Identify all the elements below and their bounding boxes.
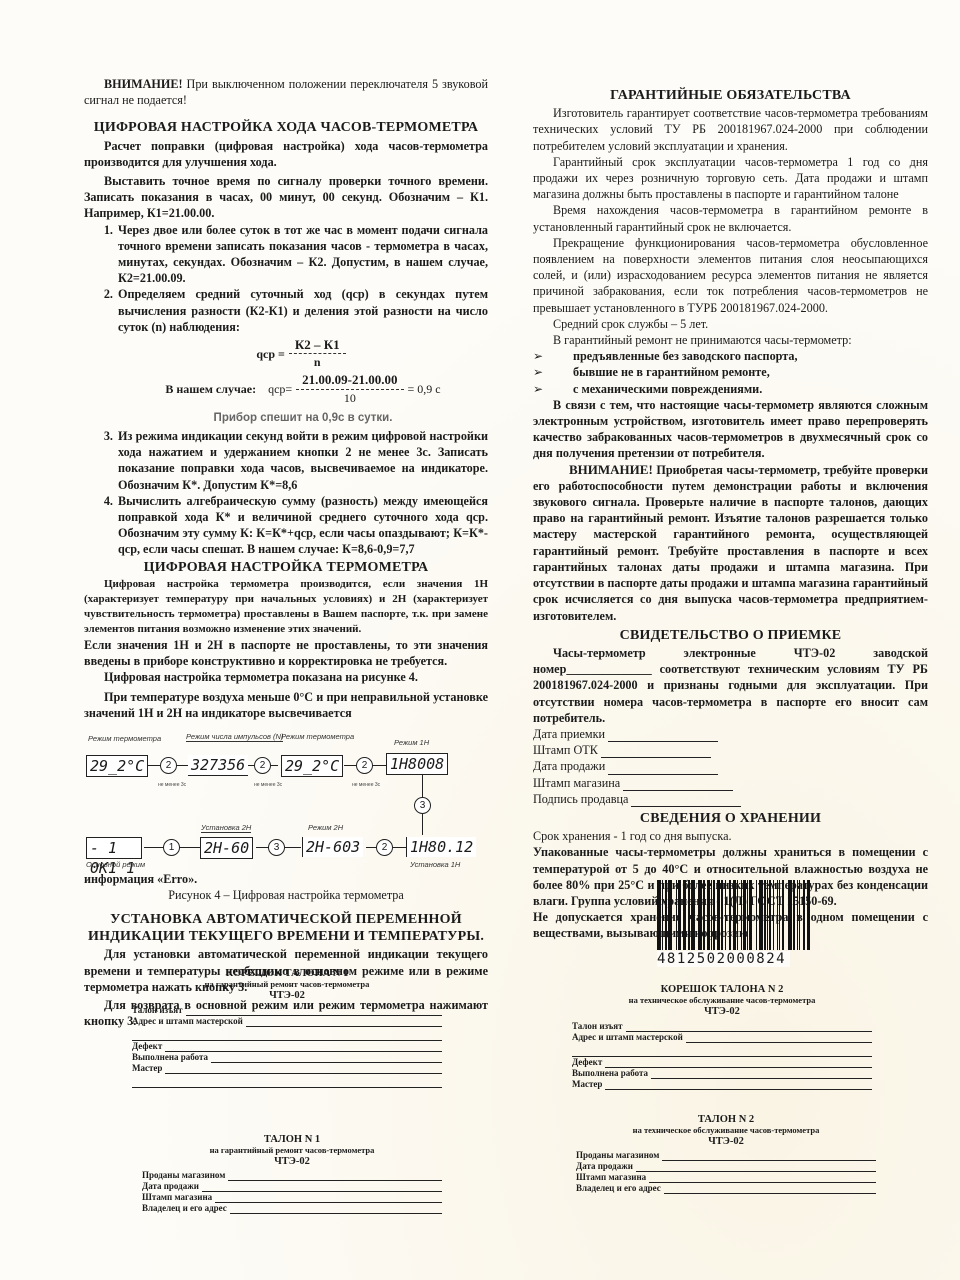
warranty-heading: ГАРАНТИЙНЫЕ ОБЯЗАТЕЛЬСТВА xyxy=(533,88,928,104)
rate-heading: ЦИФРОВАЯ НАСТРОЙКА ХОДА ЧАСОВ-ТЕРМОМЕТРА xyxy=(84,120,488,136)
field-master[interactable]: Мастер xyxy=(572,1079,872,1090)
button-2-icon: 2 xyxy=(376,839,393,856)
barcode: 4812502000824 xyxy=(657,880,837,960)
step-1: Через двое или более суток в тот же час … xyxy=(116,222,488,287)
lcd-1h-mode: 1H8008 xyxy=(386,753,448,775)
auto-heading: УСТАНОВКА АВТОМАТИЧЕСКОЙ ПЕРЕМЕННОЙ ИНДИ… xyxy=(84,911,488,945)
acceptance-heading: СВИДЕТЕЛЬСТВО О ПРИЕМКЕ xyxy=(533,628,928,644)
figure-caption: Рисунок 4 – Цифровая настройка термометр… xyxy=(84,887,488,903)
button-2-icon: 2 xyxy=(160,757,177,774)
warranty-p6: В гарантийный ремонт не принимаются часы… xyxy=(533,332,928,348)
switch-warning: ВНИМАНИЕ! При выключенном положении пере… xyxy=(84,76,488,108)
field-sale-date[interactable]: Дата продажи xyxy=(142,1181,442,1192)
coupon-stub-1: КОРЕШОК ТАЛОНА N 1 на гарантийный ремонт… xyxy=(132,968,442,1088)
warranty-p7: В связи с тем, что настоящие часы-термом… xyxy=(533,397,928,462)
field-coupon-removed[interactable]: Талон изъят xyxy=(572,1021,872,1032)
formula-example: В нашем случае: qср= 21.00.09-21.00.0010… xyxy=(118,372,488,405)
lcd-2h-mode: 2H-603 xyxy=(302,837,363,857)
field-store-stamp[interactable]: Штамп магазина xyxy=(142,1192,442,1203)
warranty-p1: Изготовитель гарантирует соответствие ча… xyxy=(533,105,928,154)
field-sale-date[interactable]: Дата продажи xyxy=(533,758,928,774)
exclusion-item: бывшие не в гарантийном ремонте, xyxy=(533,364,928,380)
field-store-stamp[interactable]: Штамп магазина xyxy=(533,775,928,791)
lcd-thermo-mode: 29_2°C xyxy=(86,755,148,777)
lcd-1h-set: 1H80.12 xyxy=(406,837,476,857)
field-store-stamp[interactable]: Штамп магазина xyxy=(576,1172,876,1183)
warranty-p4: Прекращение функционирования часов-термо… xyxy=(533,235,928,316)
coupon-2: ТАЛОН N 2 на техническое обслуживание ча… xyxy=(576,1114,876,1194)
rate-intro: Расчет поправки (цифровая настройка) ход… xyxy=(84,138,488,170)
field-defect[interactable]: Дефект xyxy=(572,1057,872,1068)
barcode-bars xyxy=(657,880,837,950)
button-3-icon: 3 xyxy=(414,797,431,814)
lcd-pulse-count: 327356 xyxy=(188,755,248,776)
step-4: Вычислить алгебраическую сумму (разность… xyxy=(116,493,488,558)
field-work-done[interactable]: Выполнена работа xyxy=(132,1052,442,1063)
exclusion-item: предъявленные без заводского паспорта, xyxy=(533,348,928,364)
field-defect[interactable]: Дефект xyxy=(132,1041,442,1052)
formula-general: qср = К2 – К1n xyxy=(118,337,488,370)
warranty-attention: ВНИМАНИЕ! Приобретая часы-термометр, тре… xyxy=(533,462,928,624)
button-3-icon: 3 xyxy=(268,839,285,856)
left-column: ВНИМАНИЕ! При выключенном положении пере… xyxy=(84,76,488,1029)
field-sold-by-store[interactable]: Проданы магазином xyxy=(142,1170,442,1181)
storage-heading: СВЕДЕНИЯ О ХРАНЕНИИ xyxy=(533,811,928,827)
button-1-icon: 1 xyxy=(163,839,180,856)
warranty-exclusions: предъявленные без заводского паспорта, б… xyxy=(533,348,928,397)
field-sale-date[interactable]: Дата продажи xyxy=(576,1161,876,1172)
formula-note: Прибор спешит на 0,9с в сутки. xyxy=(118,410,488,426)
field-qc-stamp[interactable]: Штамп ОТК xyxy=(533,742,928,758)
warranty-p3: Время нахождения часов-термометра в гара… xyxy=(533,202,928,234)
acceptance-text: Часы-термометр электронные ЧТЭ-02 заводс… xyxy=(533,645,928,726)
right-column: ГАРАНТИЙНЫЕ ОБЯЗАТЕЛЬСТВА Изготовитель г… xyxy=(533,84,928,942)
field-owner-address[interactable]: Владелец и его адрес xyxy=(142,1203,442,1214)
thermo-heading: ЦИФРОВАЯ НАСТРОЙКА ТЕРМОМЕТРА xyxy=(84,560,488,576)
field-workshop-address[interactable]: Адрес и штамп мастерской xyxy=(132,1016,442,1027)
field-owner-address[interactable]: Владелец и его адрес xyxy=(576,1183,876,1194)
step-2: Определяем средний суточный ход (qср) в … xyxy=(116,286,488,426)
button-2-icon: 2 xyxy=(254,757,271,774)
field-sold-by-store[interactable]: Проданы магазином xyxy=(576,1150,876,1161)
field-seller-signature[interactable]: Подпись продавца xyxy=(533,791,928,807)
rate-setup: Выставить точное время по сигналу провер… xyxy=(84,173,488,222)
field-acceptance-date[interactable]: Дата приемки xyxy=(533,726,928,742)
acceptance-fields: Дата приемки Штамп ОТК Дата продажи Штам… xyxy=(533,726,928,807)
barcode-number: 4812502000824 xyxy=(657,951,790,967)
thermometer-setup-diagram: Режим термометра 29_2°C 2 не менее 3с Ре… xyxy=(76,727,496,875)
warranty-p5: Средний срок службы – 5 лет. xyxy=(533,316,928,332)
button-2-icon: 2 xyxy=(356,757,373,774)
thermo-p1: Цифровая настройка термометра производит… xyxy=(84,577,488,637)
rate-steps: Через двое или более суток в тот же час … xyxy=(84,222,488,558)
coupon-stub-2: КОРЕШОК ТАЛОНА N 2 на техническое обслуж… xyxy=(572,984,872,1090)
exclusion-item: с механическими повреждениями. xyxy=(533,381,928,397)
step-3: Из режима индикации секунд войти в режим… xyxy=(116,428,488,493)
field-coupon-removed[interactable]: Талон изъят xyxy=(132,1005,442,1016)
coupon-1: ТАЛОН N 1 на гарантийный ремонт часов-те… xyxy=(142,1134,442,1214)
thermo-p4: При температуре воздуха меньше 0°С и при… xyxy=(84,689,488,721)
warranty-p2: Гарантийный срок эксплуатации часов-терм… xyxy=(533,154,928,203)
thermo-p3: Цифровая настройка термометра показана н… xyxy=(84,669,488,685)
thermo-p2: Если значения 1Н и 2Н в паспорте не прос… xyxy=(84,637,488,669)
field-workshop-address[interactable]: Адрес и штамп мастерской xyxy=(572,1032,872,1043)
storage-p1: Срок хранения - 1 год со дня выпуска. xyxy=(533,828,928,844)
lcd-2h-set: 2H-60 xyxy=(200,837,253,859)
field-master[interactable]: Мастер xyxy=(132,1063,442,1074)
lcd-main-mode: - 1 0K1 1 xyxy=(86,837,142,859)
field-work-done[interactable]: Выполнена работа xyxy=(572,1068,872,1079)
lcd-thermo-mode-2: 29_2°C xyxy=(281,755,343,777)
